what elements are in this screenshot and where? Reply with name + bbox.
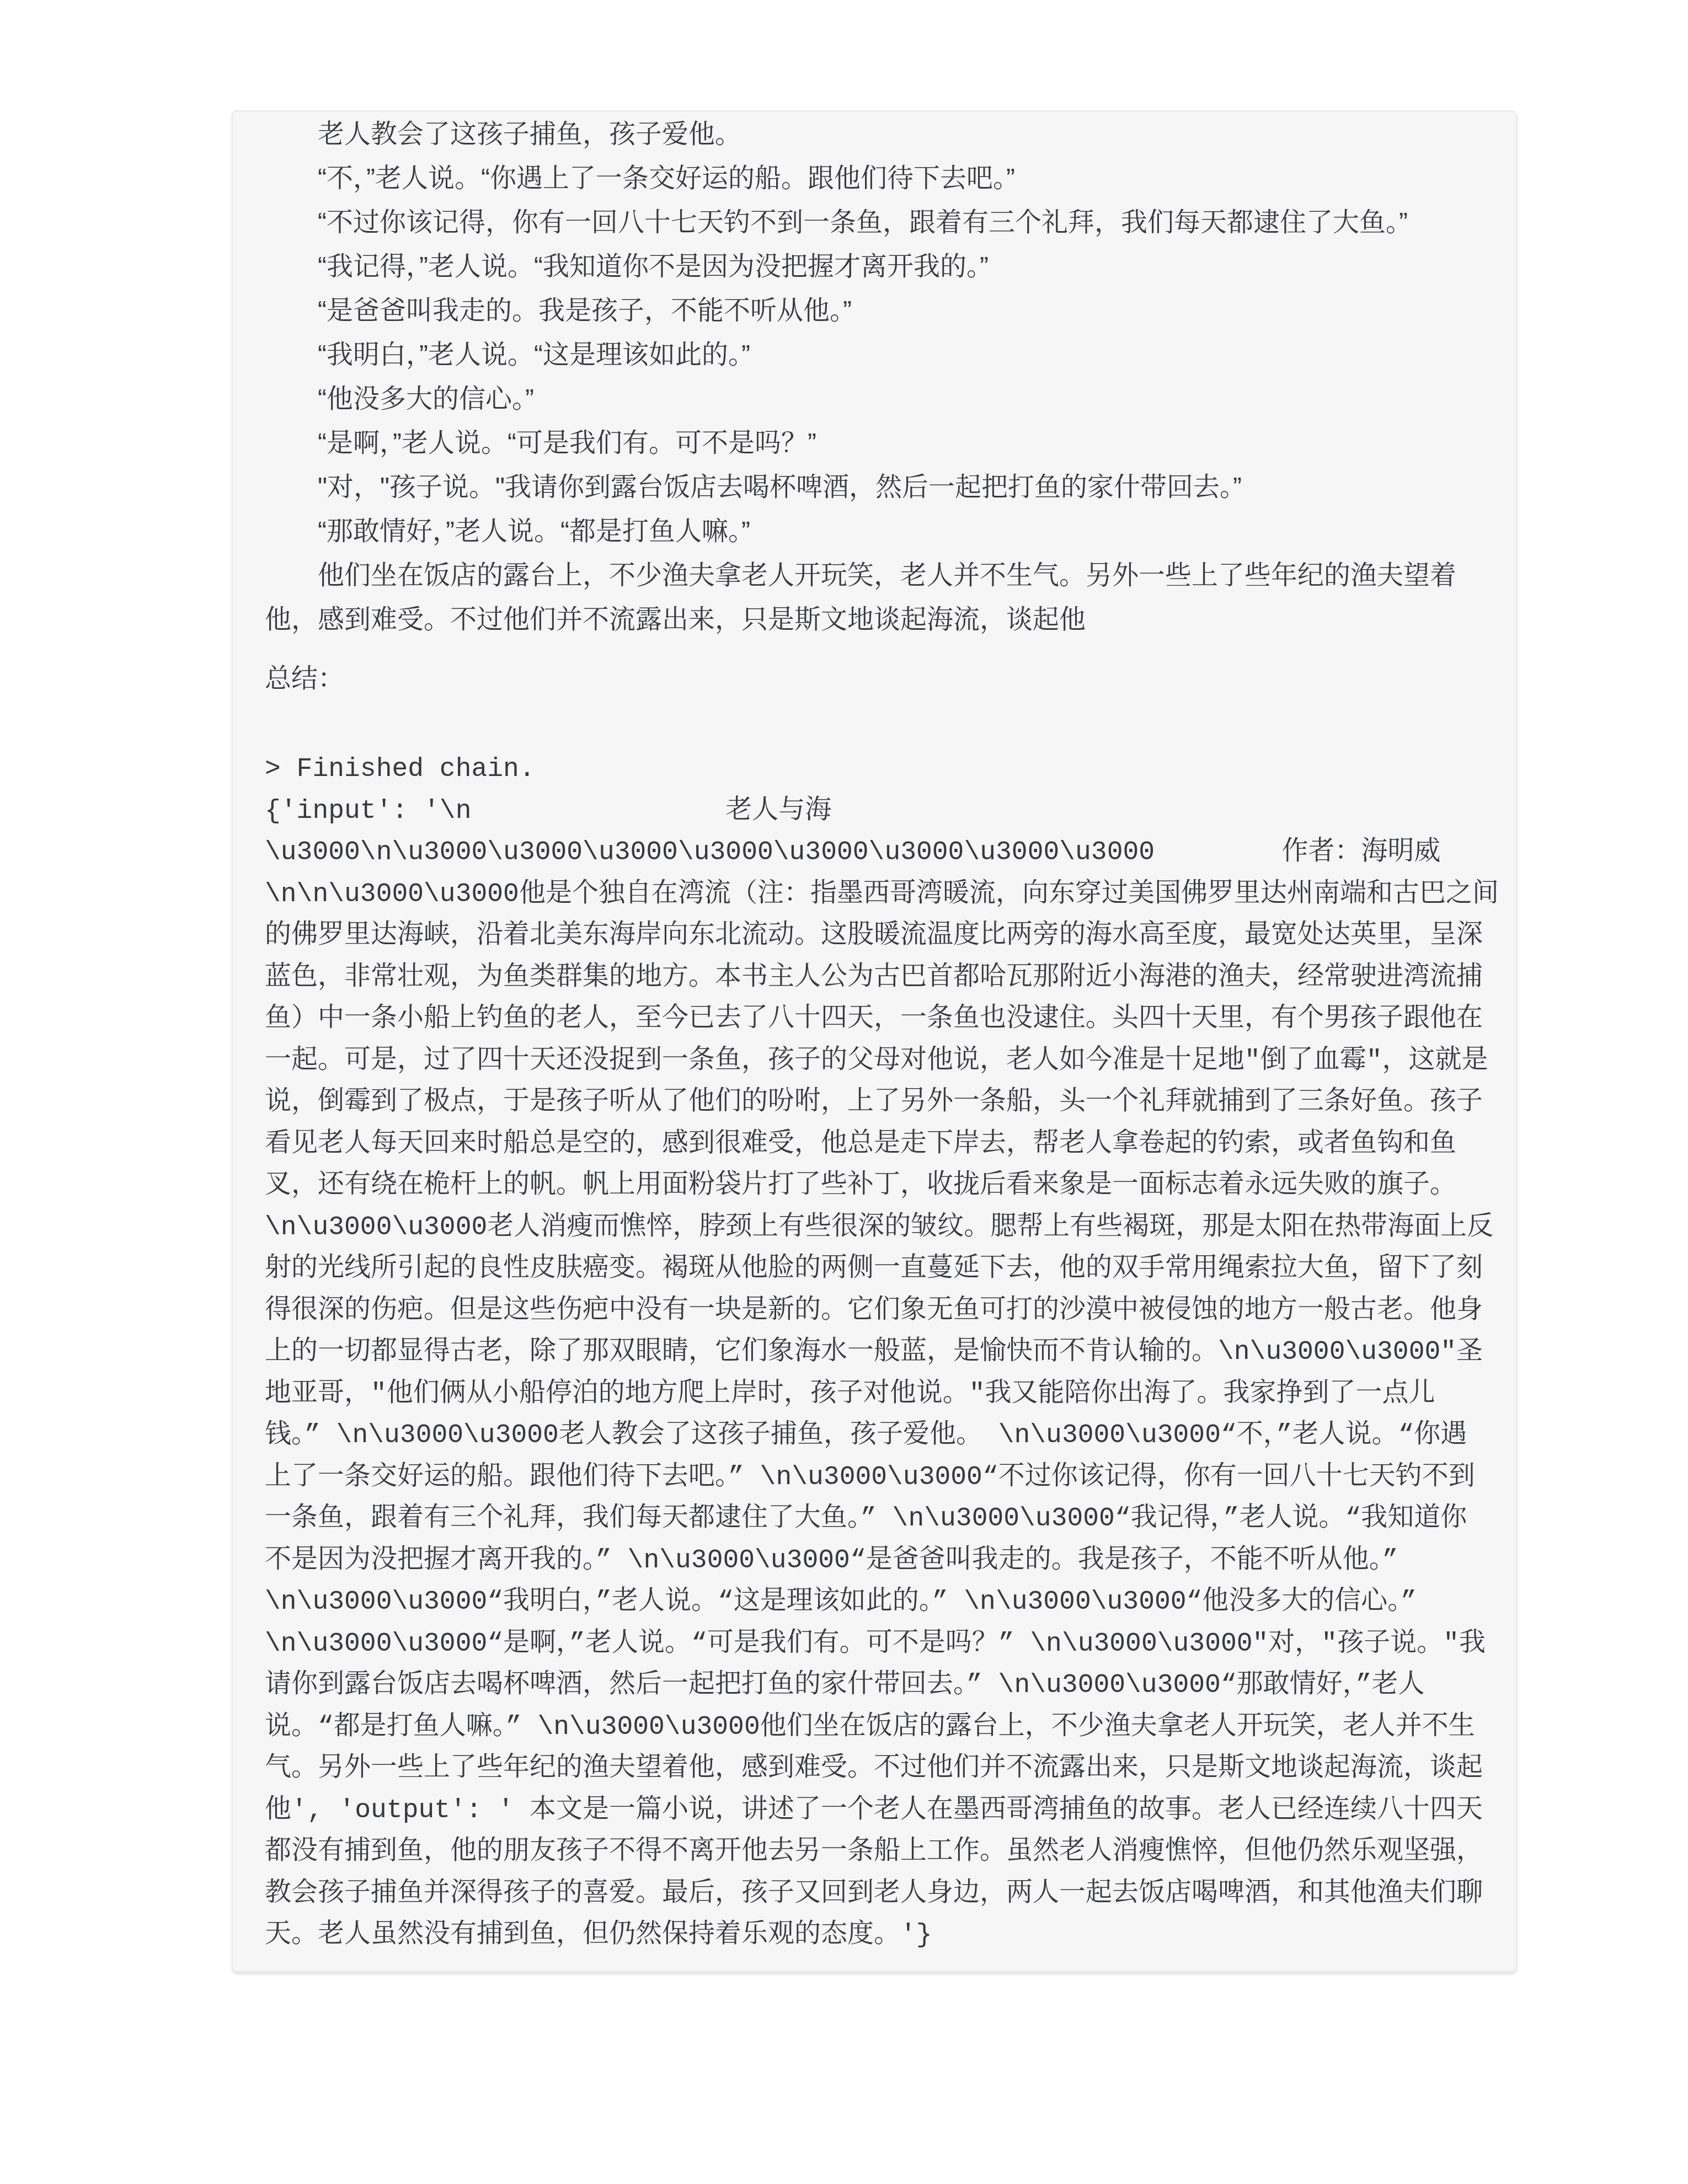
- page-background: { "colors": { "page_bg": "#ffffff", "pan…: [0, 0, 1688, 2184]
- story-line: 老人教会了这孩子捕鱼，孩子爱他。: [265, 113, 1484, 157]
- result-line: {'input': '\n 老人与海: [265, 791, 1484, 833]
- result-line: 上的一切都显得古老，除了那双眼睛，它们象海水一般蓝，是愉快而不肯认输的。\n\u…: [265, 1332, 1484, 1374]
- result-dict-block: {'input': '\n 老人与海\u3000\n\u3000\u3000\u…: [265, 791, 1484, 1957]
- result-line: 一条鱼，跟着有三个礼拜，我们每天都逮住了大鱼。” \n\u3000\u3000“…: [265, 1498, 1484, 1540]
- story-line: "对，"孩子说。"我请你到露台饭店去喝杯啤酒，然后一起把打鱼的家什带回去。”: [265, 465, 1484, 510]
- result-line: \u3000\n\u3000\u3000\u3000\u3000\u3000\u…: [265, 832, 1484, 874]
- result-line: 钱。” \n\u3000\u3000老人教会了这孩子捕鱼，孩子爱他。 \n\u3…: [265, 1415, 1484, 1457]
- story-line: 他，感到难受。不过他们并不流露出来，只是斯文地谈起海流，谈起他: [265, 598, 1484, 642]
- result-line: 气。另外一些上了些年纪的渔夫望着他，感到难受。不过他们并不流露出来，只是斯文地谈…: [265, 1748, 1484, 1790]
- console-output-panel: 老人教会了这孩子捕鱼，孩子爱他。“不，”老人说。“你遇上了一条交好运的船。跟他们…: [232, 110, 1517, 1972]
- finished-chain-line: > Finished chain.: [265, 749, 1484, 791]
- result-line: \n\n\u3000\u3000他是个独自在湾流（注：指墨西哥湾暖流，向东穿过美…: [265, 874, 1484, 916]
- result-line: 不是因为没把握才离开我的。” \n\u3000\u3000“是爸爸叫我走的。我是…: [265, 1540, 1484, 1582]
- story-line: 他们坐在饭店的露台上，不少渔夫拿老人开玩笑，老人并不生气。另外一些上了些年纪的渔…: [265, 554, 1484, 598]
- result-line: 鱼）中一条小船上钓鱼的老人，至今已去了八十四天，一条鱼也没逮住。头四十天里，有个…: [265, 999, 1484, 1041]
- result-line: 他', 'output': ' 本文是一篇小说，讲述了一个老人在墨西哥湾捕鱼的故…: [265, 1790, 1484, 1832]
- chain-result-block: > Finished chain. {'input': '\n 老人与海\u30…: [265, 749, 1484, 1957]
- result-line: 一起。可是，过了四十天还没捉到一条鱼，孩子的父母对他说，老人如今准是十足地"倒了…: [265, 1041, 1484, 1083]
- result-line: 射的光线所引起的良性皮肤癌变。褐斑从他脸的两侧一直蔓延下去，他的双手常用绳索拉大…: [265, 1249, 1484, 1291]
- story-text-block: 老人教会了这孩子捕鱼，孩子爱他。“不，”老人说。“你遇上了一条交好运的船。跟他们…: [265, 113, 1484, 642]
- result-line: 蓝色，非常壮观，为鱼类群集的地方。本书主人公为古巴首都哈瓦那附近小海港的渔夫，经…: [265, 957, 1484, 999]
- story-line: “不，”老人说。“你遇上了一条交好运的船。跟他们待下去吧。”: [265, 157, 1484, 201]
- result-line: 看见老人每天回来时船总是空的，感到很难受，他总是走下岸去，帮老人拿卷起的钓索，或…: [265, 1124, 1484, 1166]
- result-line: 请你到露台饭店去喝杯啤酒，然后一起把打鱼的家什带回去。” \n\u3000\u3…: [265, 1665, 1484, 1707]
- story-line: “不过你该记得，你有一回八十七天钓不到一条鱼，跟着有三个礼拜，我们每天都逮住了大…: [265, 201, 1484, 245]
- result-line: \n\u3000\u3000老人消瘦而憔悴，脖颈上有些很深的皱纹。腮帮上有些褐斑…: [265, 1207, 1484, 1249]
- result-line: 地亚哥，"他们俩从小船停泊的地方爬上岸时，孩子对他说。"我又能陪你出海了。我家挣…: [265, 1374, 1484, 1416]
- result-line: 天。老人虽然没有捕到鱼，但仍然保持着乐观的态度。'}: [265, 1915, 1484, 1957]
- result-line: 上了一条交好运的船。跟他们待下去吧。” \n\u3000\u3000“不过你该记…: [265, 1457, 1484, 1499]
- story-line: “那敢情好，”老人说。“都是打鱼人嘛。”: [265, 510, 1484, 554]
- result-line: \n\u3000\u3000“是啊，”老人说。“可是我们有。可不是吗？” \n\…: [265, 1624, 1484, 1666]
- story-line: “是啊，”老人说。“可是我们有。可不是吗？”: [265, 421, 1484, 465]
- result-line: 说，倒霉到了极点，于是孩子听从了他们的吩咐，上了另外一条船，头一个礼拜就捕到了三…: [265, 1082, 1484, 1124]
- story-line: “是爸爸叫我走的。我是孩子，不能不听从他。”: [265, 289, 1484, 333]
- summary-label: 总结：: [265, 657, 1484, 701]
- result-line: 说。“都是打鱼人嘛。” \n\u3000\u3000他们坐在饭店的露台上，不少渔…: [265, 1707, 1484, 1749]
- story-line: “他没多大的信心。”: [265, 377, 1484, 421]
- spacer: [265, 642, 1484, 657]
- spacer: [265, 701, 1484, 749]
- result-line: 得很深的伤疤。但是这些伤疤中没有一块是新的。它们象无鱼可打的沙漠中被侵蚀的地方一…: [265, 1291, 1484, 1332]
- story-line: “我记得，”老人说。“我知道你不是因为没把握才离开我的。”: [265, 245, 1484, 289]
- result-line: 教会孩子捕鱼并深得孩子的喜爱。最后，孩子又回到老人身边，两人一起去饭店喝啤酒，和…: [265, 1873, 1484, 1915]
- story-line: “我明白，”老人说。“这是理该如此的。”: [265, 333, 1484, 377]
- result-line: 都没有捕到鱼，他的朋友孩子不得不离开他去另一条船上工作。虽然老人消瘦憔悴，但他仍…: [265, 1832, 1484, 1873]
- result-line: 叉，还有绕在桅杆上的帆。帆上用面粉袋片打了些补丁，收拢后看来象是一面标志着永远失…: [265, 1165, 1484, 1207]
- result-line: \n\u3000\u3000“我明白，”老人说。“这是理该如此的。” \n\u3…: [265, 1582, 1484, 1624]
- result-line: 的佛罗里达海峡，沿着北美东海岸向东北流动。这股暖流温度比两旁的海水高至度，最宽处…: [265, 916, 1484, 957]
